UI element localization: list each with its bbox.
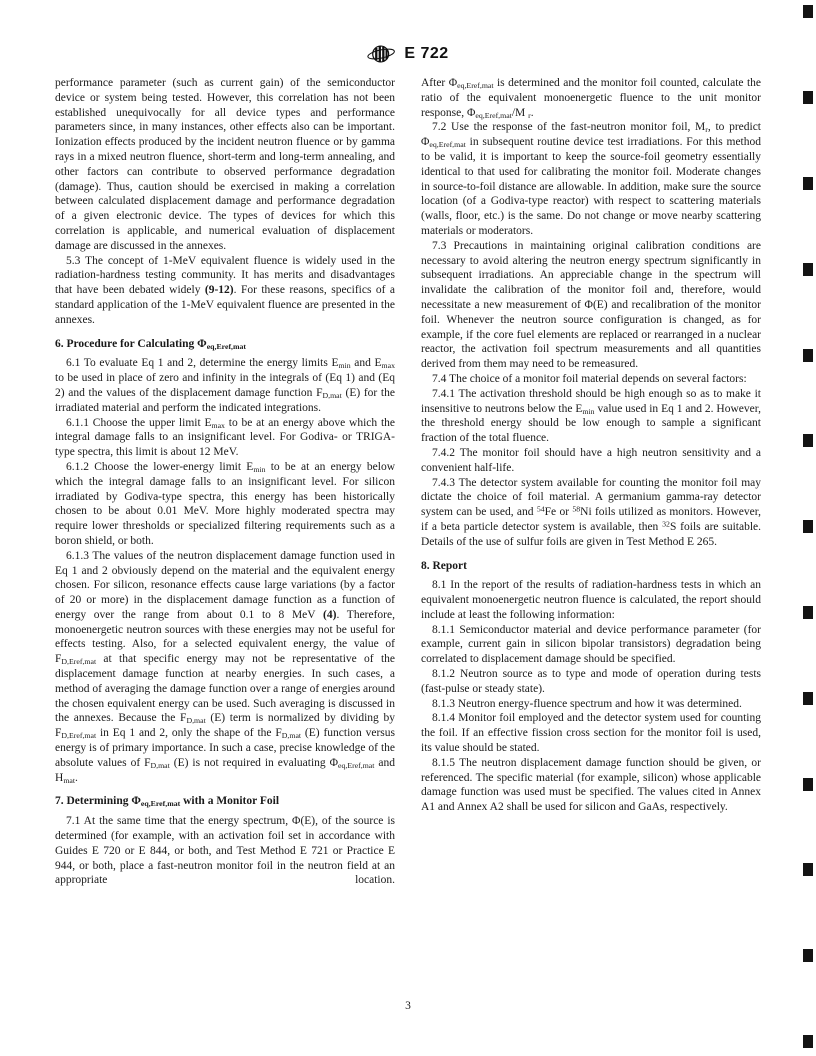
astm-logo-icon [367,44,397,64]
paragraph: 8.1.5 The neutron displacement damage fu… [421,756,761,815]
scan-mark [803,863,813,876]
paragraph: 8.1.3 Neutron energy-fluence spectrum an… [421,697,761,712]
document-page: E 722 performance parameter (such as cur… [0,0,816,1056]
paragraph: 8.1.1 Semiconductor material and device … [421,623,761,667]
scan-mark [803,1035,813,1048]
paragraph: 5.3 The concept of 1-MeV equivalent flue… [55,254,395,328]
scan-mark [803,520,813,533]
section-heading: 6. Procedure for Calculating Φeq,Eref,ma… [55,337,395,352]
scan-mark [803,434,813,447]
paragraph: 6.1.1 Choose the upper limit Emax to be … [55,416,395,460]
right-column: After Φeq,Eref,mat is determined and the… [421,76,761,888]
paragraph: 8.1 In the report of the results of radi… [421,578,761,622]
paragraph: 8.1.2 Neutron source as to type and mode… [421,667,761,697]
paragraph: 7.4.3 The detector system available for … [421,476,761,550]
page-number: 3 [0,1000,816,1012]
paragraph: 8.1.4 Monitor foil employed and the dete… [421,711,761,755]
scan-mark [803,692,813,705]
paragraph: 6.1 To evaluate Eq 1 and 2, determine th… [55,356,395,415]
scan-mark [803,177,813,190]
paragraph: 6.1.3 The values of the neutron displace… [55,549,395,786]
paragraph: 7.3 Precautions in maintaining original … [421,239,761,372]
paragraph: 7.1 At the same time that the energy spe… [55,814,395,888]
scan-mark [803,91,813,104]
scan-mark [803,949,813,962]
scan-mark [803,778,813,791]
text-body: performance parameter (such as current g… [55,76,761,888]
paragraph: 7.4.1 The activation threshold should be… [421,387,761,446]
scan-mark [803,349,813,362]
standard-designation: E 722 [404,45,448,63]
paragraph: 6.1.2 Choose the lower-energy limit Emin… [55,460,395,549]
section-heading: 8. Report [421,559,761,574]
paragraph: 7.4 The choice of a monitor foil materia… [421,372,761,387]
left-column: performance parameter (such as current g… [55,76,395,888]
paragraph: performance parameter (such as current g… [55,76,395,254]
paragraph: 7.4.2 The monitor foil should have a hig… [421,446,761,476]
paragraph: 7.2 Use the response of the fast-neutron… [421,120,761,238]
page-header: E 722 [0,44,816,64]
section-heading: 7. Determining Φeq,Eref,mat with a Monit… [55,794,395,809]
paragraph: After Φeq,Eref,mat is determined and the… [421,76,761,120]
scan-mark [803,606,813,619]
scan-mark [803,263,813,276]
scan-mark [803,5,813,18]
